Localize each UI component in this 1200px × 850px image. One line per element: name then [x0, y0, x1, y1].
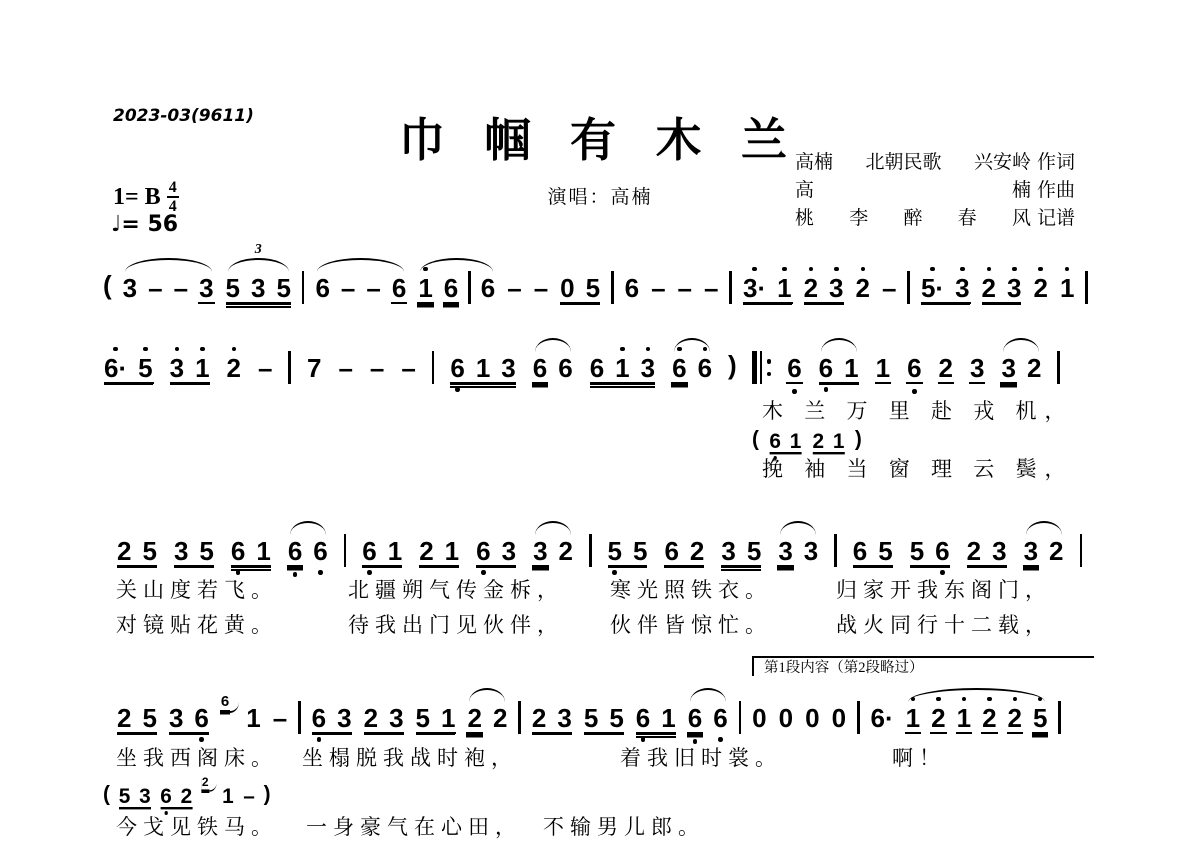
bracket-text: (: [752, 427, 759, 449]
octave-dot: [677, 347, 682, 352]
note-group: 55: [607, 525, 649, 579]
note-digit: 6: [697, 354, 713, 382]
note-digit: 3: [777, 537, 793, 567]
note-digit: 3: [198, 274, 214, 304]
note: 5: [1032, 692, 1048, 748]
note: 3: [1000, 342, 1016, 398]
note: 6: [391, 262, 407, 318]
note-digit: 3: [388, 704, 404, 732]
beam-line: [169, 732, 209, 735]
note: 6: [193, 692, 209, 746]
note: 3: [122, 262, 138, 318]
note-digit: –: [506, 274, 522, 302]
note: 3: [969, 342, 985, 398]
beam-line: [532, 732, 572, 735]
note-digit: –: [257, 354, 273, 382]
note: 5: [585, 262, 601, 316]
note-digit: 1: [660, 704, 676, 732]
note: 2: [558, 525, 574, 581]
note-group: 35: [173, 525, 215, 579]
note-group-notes: 23: [803, 262, 845, 316]
note-digit: 6: [287, 537, 303, 567]
octave-dot: [113, 347, 118, 352]
note-digit: 5: [608, 704, 624, 732]
beam-line-2: [450, 386, 515, 389]
note-group-notes: 535: [225, 262, 292, 316]
duration-dash: –: [242, 775, 255, 818]
sheet-page: 2023-03(9611) 巾 帼 有 木 兰 演唱：高楠 1= B 4 4 ♩…: [0, 0, 1200, 850]
note: 6: [475, 525, 491, 579]
beam-line: [174, 565, 214, 568]
note-digit: 2: [981, 704, 997, 734]
bracket-text: (: [103, 782, 110, 804]
credit-name-part: 桃: [795, 203, 814, 230]
note: 1: [194, 342, 210, 396]
note-group: 61: [361, 525, 403, 579]
note: 2: [981, 262, 997, 316]
note-digit: 1: [1059, 274, 1075, 302]
note-group-notes: 66: [687, 692, 729, 748]
note-digit: 1: [444, 537, 460, 565]
duration-dash: –: [506, 262, 522, 316]
note-group-notes: 61: [635, 692, 677, 746]
octave-dot-zone-low: [824, 387, 829, 396]
note: 5: [632, 525, 648, 579]
lyric-segment: 着我旧时裳。: [620, 745, 782, 771]
lyric-segment: 对镜贴花黄。: [116, 612, 278, 638]
note: 2: [930, 692, 946, 748]
beam-line: [170, 382, 210, 385]
music-line-3: 25356166612163325562353365562332: [116, 525, 1082, 581]
note-group-notes: 23: [363, 692, 405, 746]
beam-line: [910, 565, 950, 568]
lyric-segment: 寒光照铁衣。: [610, 577, 772, 603]
note-group: 61: [230, 525, 272, 579]
note: 3: [777, 525, 793, 581]
note-group: 5·3: [920, 262, 971, 318]
note-digit: 5: [141, 704, 157, 732]
lyric-row: 今戈见铁马。一身豪气在心田，不输男儿郎。: [0, 814, 1200, 844]
note: 6·: [103, 342, 128, 398]
grace-note: 2: [201, 777, 216, 792]
note-digit: 2: [1026, 354, 1042, 382]
note-group: 3––3: [122, 262, 215, 318]
note: 2: [966, 525, 982, 579]
note-group: 61: [818, 342, 860, 396]
note-digit: –: [147, 274, 163, 302]
note-digit: 3: [168, 704, 184, 732]
note-digit: 2: [363, 704, 379, 732]
note-digit: –: [337, 354, 353, 382]
note-digit: 1: [387, 537, 403, 565]
credit-row: 高楠作曲: [795, 175, 1095, 203]
credit-role: 作词: [1037, 147, 1095, 174]
note-digit: 1: [956, 704, 972, 734]
note-group: 32: [532, 525, 574, 581]
note-group-notes: 3·1: [742, 262, 793, 318]
octave-dot: [752, 267, 757, 272]
beam-line: [364, 732, 404, 735]
note: 5: [415, 692, 431, 748]
beam-line: [117, 732, 157, 735]
note-digit: –: [272, 704, 288, 732]
note: 3: [954, 262, 970, 318]
note-digit: –: [242, 785, 255, 807]
note-digit: 6: [671, 354, 687, 384]
octave-dot: [1065, 267, 1070, 272]
octave-dot: [367, 570, 372, 575]
note-digit: 6: [391, 274, 407, 304]
note-group-notes: 36: [168, 692, 210, 746]
note-group-notes: 6·5: [103, 342, 154, 398]
note-digit: 2: [981, 274, 997, 302]
note-group: 23: [531, 692, 573, 746]
note-digit: 2: [492, 704, 508, 732]
note: 2: [1048, 525, 1064, 581]
beam-line-2: [231, 569, 271, 572]
barline: [857, 701, 860, 734]
note-group: 35: [720, 525, 762, 579]
octave-dot: [620, 347, 625, 352]
note-digit: 5: [632, 537, 648, 565]
note-digit: 3: [336, 704, 352, 732]
note-digit: 1: [255, 537, 271, 565]
note-group: 66: [532, 342, 574, 398]
note: 6: [624, 262, 640, 316]
duration-dash: –: [365, 262, 381, 318]
note-digit: 2: [466, 704, 482, 734]
duration-dash: –: [173, 262, 189, 318]
note-digit: 3: [556, 704, 572, 732]
note-group-notes: 21: [418, 525, 460, 579]
lyric-segment: 战火同行十二载，: [836, 612, 1052, 638]
credit-name-part: 高楠: [795, 147, 833, 174]
note: 1: [417, 262, 433, 318]
note-group-notes: 63: [311, 692, 353, 746]
note: 3: [532, 525, 548, 581]
beam-line: [608, 565, 648, 568]
note-group-notes: 56: [909, 525, 951, 579]
note-digit: 2: [938, 354, 954, 384]
note: 1: [875, 342, 891, 398]
note-group-notes: 61: [230, 525, 272, 579]
note-digit: 3: [828, 274, 844, 302]
note-digit: –: [340, 274, 356, 302]
note-group-notes: 613: [589, 342, 656, 396]
octave-dot: [792, 389, 797, 394]
note: 6: [557, 342, 573, 398]
octave-dot: [767, 372, 772, 377]
note-digit: 6: [532, 354, 548, 384]
note-digit: 6: [589, 354, 605, 382]
note-digit: 6·: [870, 704, 895, 732]
note: 5: [909, 525, 925, 579]
note-group-notes: 66: [287, 525, 329, 581]
barline: [729, 271, 732, 304]
note: 1: [905, 692, 921, 748]
credit-row: 桃李醉春风记谱: [795, 203, 1095, 231]
barline: [834, 534, 837, 567]
credit-name-part: 醉: [903, 203, 922, 230]
time-signature: 4 4: [167, 180, 179, 214]
note-digit: 3: [173, 537, 189, 565]
note-group-notes: 66: [532, 342, 574, 398]
note-digit: –: [677, 274, 693, 302]
note-group: 3·1: [742, 262, 793, 318]
beam-line: [560, 302, 600, 305]
beam-line: [982, 302, 1022, 305]
note-group: 23: [966, 525, 1008, 579]
note-digit: –: [881, 274, 897, 302]
duration-dash: –: [272, 692, 288, 746]
note-digit: 2: [116, 704, 132, 732]
note-digit: 3: [954, 274, 970, 304]
note-digit: –: [400, 354, 416, 382]
barline: [611, 271, 614, 304]
note-group: 3535: [225, 262, 292, 316]
note-digit: 3: [532, 537, 548, 567]
beam-line: [226, 302, 291, 305]
octave-dot: [175, 347, 180, 352]
beam-line: [812, 452, 844, 454]
note-digit: 2: [689, 537, 705, 565]
note: 5·: [920, 262, 945, 318]
credit-name-part: 楠: [1012, 175, 1031, 202]
note-digit: 6: [818, 354, 834, 382]
note-digit: 1: [905, 704, 921, 734]
note-digit: 6: [449, 354, 465, 382]
barline: [468, 271, 471, 304]
note: 5: [141, 692, 157, 746]
octave-dot: [912, 389, 917, 394]
note-digit: 5: [585, 274, 601, 302]
barline: [1080, 534, 1083, 567]
beam-line: [160, 807, 192, 809]
grace-digit: 6: [220, 694, 230, 712]
barline: [739, 701, 742, 734]
lyric-segment: 关山度若飞。: [116, 577, 278, 603]
note: 5: [141, 525, 157, 579]
note-group-notes: 613: [449, 342, 516, 396]
note: 6: [312, 525, 328, 581]
note: 3: [173, 525, 189, 579]
note: 6·: [870, 692, 895, 746]
grace-slur: [209, 783, 216, 792]
octave-dot: [646, 347, 651, 352]
octave-dot: [930, 267, 935, 272]
note-digit: 2: [116, 537, 132, 565]
note-digit: 5: [137, 354, 153, 384]
note: 3·: [742, 262, 767, 318]
note: 3: [803, 525, 819, 581]
beam-line: [476, 565, 516, 568]
beam-line: [967, 565, 1007, 568]
note-digit: –: [703, 274, 719, 302]
note-group: 121225: [905, 692, 1049, 748]
note-group-notes: 35: [720, 525, 762, 579]
note-digit: 6: [624, 274, 640, 302]
note: 6: [818, 342, 834, 396]
note-digit: 6: [934, 537, 950, 565]
barline: [907, 271, 910, 304]
beam-line: [312, 732, 352, 735]
barline: [298, 701, 301, 734]
beam-line: [921, 302, 970, 305]
duration-dash: –: [650, 262, 666, 316]
note-group: 6––6: [314, 262, 407, 318]
note: 6: [532, 342, 548, 398]
note: 1: [956, 692, 972, 748]
note: 2: [363, 692, 379, 746]
note-digit: 6: [443, 274, 459, 304]
note-group-notes: 51: [415, 692, 457, 748]
note-group: 61: [635, 692, 677, 746]
barline: [589, 534, 592, 567]
lyric-row: 关山度若飞。北疆朔气传金柝，寒光照铁衣。归家开我东阁门，: [0, 577, 1200, 607]
credit-name-part: 兴安岭: [974, 147, 1031, 174]
note-digit: 6: [687, 704, 703, 734]
note-digit: 3: [1000, 354, 1016, 384]
octave-dot: [318, 570, 323, 575]
note-group-notes: 63: [475, 525, 517, 579]
note-group: 32: [1023, 525, 1065, 581]
note-group-notes: 121225: [905, 692, 1049, 748]
note-digit: 6: [786, 354, 802, 384]
note: 2: [492, 692, 508, 748]
note-group: 63: [311, 692, 353, 746]
lyric-segment: 啊！: [892, 745, 946, 771]
note-group-notes: 23: [981, 262, 1023, 316]
duration-dash: –: [881, 262, 897, 316]
octave-dot: [612, 570, 617, 575]
note-digit: 2: [1007, 704, 1023, 734]
note-group: 05: [559, 262, 601, 316]
note-digit: 5: [909, 537, 925, 565]
note-digit: 1: [776, 274, 792, 304]
repeat-sign: [752, 351, 772, 384]
lyric-segment: 木 兰 万 里 赴 戎 机，: [762, 398, 1074, 424]
beam-line: [819, 382, 859, 385]
note: 6: [663, 525, 679, 579]
note-digit: 1: [440, 704, 456, 734]
note: 6: [159, 775, 172, 818]
note-group: 613: [589, 342, 656, 396]
lyric-row: 木 兰 万 里 赴 戎 机，: [0, 398, 1200, 428]
octave-dot: [317, 737, 322, 742]
note-group-notes: 6––6: [314, 262, 407, 318]
beam-line: [636, 732, 676, 735]
note: 2: [689, 525, 705, 579]
note-group: 25: [116, 525, 158, 579]
volta-bracket: 第1段内容（第2段略过）: [752, 656, 1094, 676]
barline: [344, 534, 347, 567]
note-digit: 1: [875, 354, 891, 384]
note-group: 51: [415, 692, 457, 748]
note: 2: [116, 692, 132, 746]
barline: [518, 701, 521, 734]
octave-dot: [936, 697, 941, 702]
octave-dot: [962, 697, 967, 702]
note-digit: 2: [812, 430, 825, 452]
note-digit: 1: [245, 704, 261, 732]
note: 2: [180, 775, 193, 818]
note-group: 22: [466, 692, 508, 748]
barline: [302, 271, 305, 304]
note: 6: [671, 342, 687, 398]
note-digit: 6: [635, 704, 651, 732]
note-group: 6·5: [103, 342, 154, 398]
lyric-segment: 北疆朔气传金柝，: [348, 577, 564, 603]
note-digit: 5: [225, 274, 241, 302]
octave-dot: [782, 267, 787, 272]
note-group: 66: [287, 525, 329, 581]
note-group-notes: 05: [559, 262, 601, 316]
note: 6: [480, 262, 496, 318]
duration-dash: –: [147, 262, 163, 318]
note-digit: –: [533, 274, 549, 302]
credit-name-part: 春: [958, 203, 977, 230]
note-digit: 6: [312, 537, 328, 565]
note-digit: 1: [221, 785, 234, 807]
note-digit: 3: [1023, 537, 1039, 567]
note: 1: [387, 525, 403, 579]
note: 3: [1006, 262, 1022, 316]
beam-line: [419, 565, 459, 568]
note: 2: [466, 692, 482, 748]
bracket-text: ): [728, 351, 737, 379]
note-group-notes: 31: [169, 342, 211, 396]
note-digit: 1: [832, 430, 845, 452]
beam-line: [416, 732, 456, 735]
credit-name-part: 风: [1012, 203, 1031, 230]
octave-dot: [1038, 697, 1043, 702]
note-digit: 3: [501, 537, 517, 565]
note-group-notes: 22: [466, 692, 508, 748]
note-digit: 3·: [742, 274, 767, 302]
octave-dot-zone-low: [792, 389, 797, 398]
barline: [1085, 271, 1088, 304]
beam-line: [743, 302, 792, 305]
bracket-text: ): [264, 782, 271, 804]
note-digit: 1: [614, 354, 630, 382]
octave-dot-zone-low: [912, 389, 917, 398]
music-line-2: 6·5312–7–––6136661366)661162332: [103, 342, 1060, 398]
note-group-notes: 66: [671, 342, 713, 398]
lyric-segment: 待我出门见伙伴，: [348, 612, 564, 638]
duration-dash: –: [677, 262, 693, 316]
note-digit: 2: [226, 354, 242, 382]
octave-dot: [232, 347, 237, 352]
music-line-4: 253661–632351222355616600006·121225: [116, 692, 1061, 748]
note: 3: [828, 262, 844, 316]
note-digit: 3: [169, 354, 185, 382]
note-digit: 2: [1048, 537, 1064, 565]
note-digit: –: [173, 274, 189, 302]
note-group-notes: 61: [818, 342, 860, 396]
note: 5: [137, 342, 153, 398]
beam-line: [450, 382, 515, 385]
note: 3: [168, 692, 184, 746]
note-group: 56: [909, 525, 951, 579]
note-digit: 6: [480, 274, 496, 302]
note-group: 66: [687, 692, 729, 748]
note: 6: [287, 525, 303, 581]
note-group-notes: 23: [531, 692, 573, 746]
note: 3: [169, 342, 185, 396]
note-digit: 2: [558, 537, 574, 565]
note-group-notes: 55: [607, 525, 649, 579]
note-digit: 2: [855, 274, 871, 302]
